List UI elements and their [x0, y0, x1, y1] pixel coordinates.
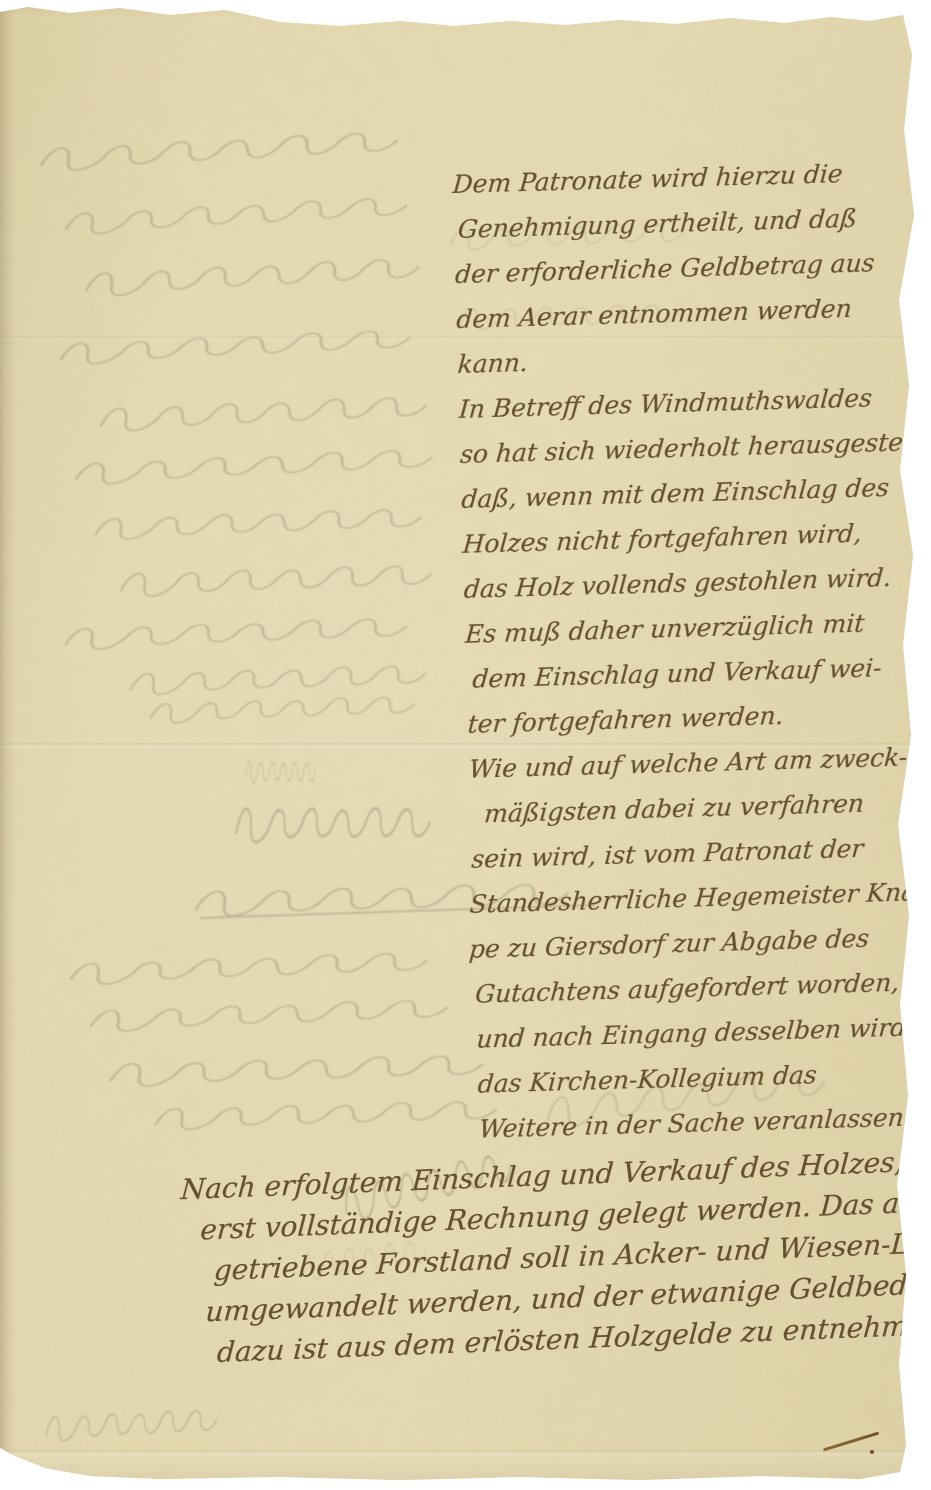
main-paragraph: Dem Patronate wird hierzu die Genehmigun…	[452, 149, 931, 1152]
scan-background: Dem Patronate wird hierzu die Genehmigun…	[0, 0, 931, 1490]
tick-stroke	[823, 1432, 879, 1451]
tick-dot	[870, 1450, 874, 1454]
paper-fold-line	[0, 1450, 931, 1455]
paper-bottom-band	[0, 1452, 931, 1478]
closing-paragraph: Nach erfolgtem Einschlag und Verkauf des…	[158, 1140, 931, 1375]
manuscript-page: Dem Patronate wird hierzu die Genehmigun…	[0, 0, 931, 1490]
corner-tick-mark: /.	[820, 1424, 884, 1460]
corner-mark-text: /.	[820, 1424, 821, 1425]
